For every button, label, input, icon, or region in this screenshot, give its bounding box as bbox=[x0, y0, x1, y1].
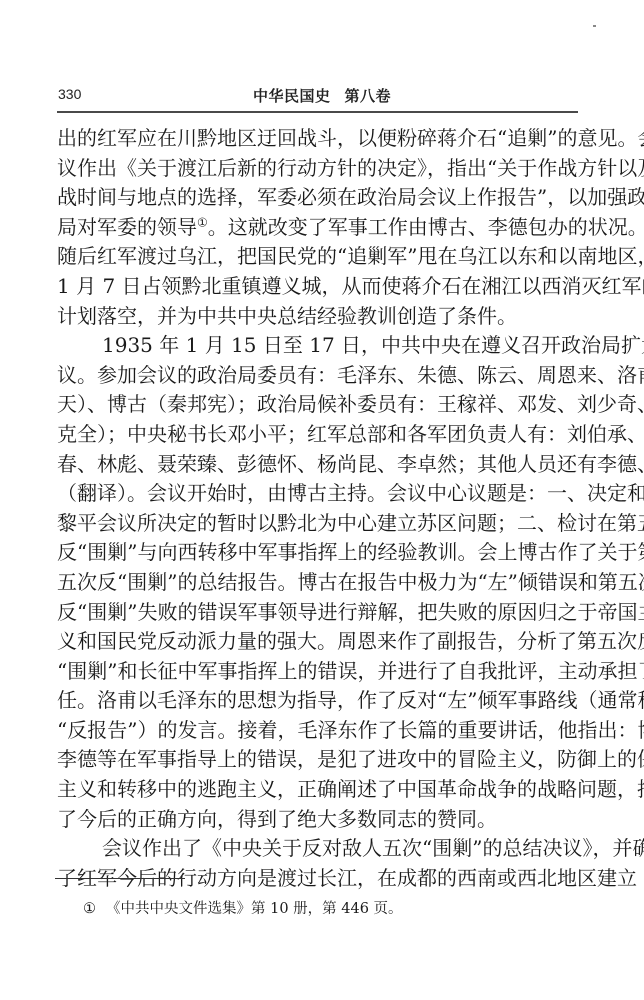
text-line: 李德等在军事指导上的错误，是犯了进攻中的冒险主义，防御上的保守 bbox=[57, 745, 579, 775]
text-line: 主义和转移中的逃跑主义，正确阐述了中国革命战争的战略问题，指明 bbox=[57, 775, 579, 805]
text-line: 反“围剿”失败的错误军事领导进行辩解，把失败的原因归之于帝国主 bbox=[57, 598, 579, 628]
text-line: 反“围剿”与向西转移中军事指挥上的经验教训。会上博古作了关于第 bbox=[57, 538, 579, 568]
scan-speck bbox=[593, 25, 596, 27]
text-line: 出的红军应在川黔地区迂回战斗，以便粉碎蒋介石“追剿”的意见。会 bbox=[57, 124, 579, 154]
text-line: （翻译）。会议开始时，由博古主持。会议中心议题是：一、决定和审查 bbox=[57, 479, 579, 509]
volume-label: 第八卷 bbox=[345, 87, 392, 105]
book-title: 中华民国史 bbox=[253, 87, 331, 105]
text-line: 义和国民党反动派力量的强大。周恩来作了副报告，分析了第五次反 bbox=[57, 627, 579, 657]
text-line: 天）、博古（秦邦宪）；政治局候补委员有：王稼祥、邓发、刘少奇、凯丰（何 bbox=[57, 390, 579, 420]
text-line: 议作出《关于渡江后新的行动方针的决定》，指出“关于作战方针以及作 bbox=[57, 154, 579, 184]
text-line: 议。参加会议的政治局委员有：毛泽东、朱德、陈云、周恩来、洛甫（张闻 bbox=[57, 361, 579, 391]
footnote-text: 《中共中央文件选集》第 10 册，第 446 页。 bbox=[106, 901, 403, 917]
footnote-separator bbox=[55, 878, 185, 879]
text-segment: 。这就改变了军事工作由博古、李德包办的状况。 bbox=[208, 215, 644, 239]
text-line: “反报告”）的发言。接着，毛泽东作了长篇的重要讲话，他指出：博古、 bbox=[57, 716, 579, 746]
text-line: 春、林彪、聂荣臻、彭德怀、杨尚昆、李卓然；其他人员还有李德、伍修权 bbox=[57, 450, 579, 480]
text-segment: 局对军委的领导 bbox=[57, 215, 197, 239]
text-line: 战时间与地点的选择，军委必须在政治局会议上作报告”，以加强政治 bbox=[57, 183, 579, 213]
footnote-reference[interactable]: ① bbox=[197, 215, 208, 229]
text-line: 黎平会议所决定的暂时以黔北为中心建立苏区问题；二、检讨在第五次 bbox=[57, 509, 579, 539]
text-line: 随后红军渡过乌江，把国民党的“追剿军”甩在乌江以东和以南地区，于 bbox=[57, 242, 579, 272]
footnote-mark: ① bbox=[83, 901, 96, 917]
text-line: 克全）；中央秘书长邓小平；红军总部和各军团负责人有：刘伯承、李富 bbox=[57, 420, 579, 450]
footnote: ①《中共中央文件选集》第 10 册，第 446 页。 bbox=[83, 897, 403, 918]
text-line: “围剿”和长征中军事指挥上的错误，并进行了自我批评，主动承担了责 bbox=[57, 657, 579, 687]
body-text: 出的红军应在川黔地区迂回战斗，以便粉碎蒋介石“追剿”的意见。会议作出《关于渡江后… bbox=[57, 124, 579, 893]
text-line: 会议作出了《中央关于反对敌人五次“围剿”的总结决议》，并确定 bbox=[57, 834, 579, 864]
text-line: 计划落空，并为中共中央总结经验教训创造了条件。 bbox=[57, 302, 579, 332]
text-line: 五次反“围剿”的总结报告。博古在报告中极力为“左”倾错误和第五次 bbox=[57, 568, 579, 598]
text-line: 局对军委的领导①。这就改变了军事工作由博古、李德包办的状况。 bbox=[57, 213, 579, 243]
header-rule bbox=[57, 111, 578, 113]
text-line: 任。洛甫以毛泽东的思想为指导，作了反对“左”倾军事路线（通常称 bbox=[57, 686, 579, 716]
text-line: 了今后的正确方向，得到了绝大多数同志的赞同。 bbox=[57, 805, 579, 835]
text-line: 1935 年 1 月 15 日至 17 日，中共中央在遵义召开政治局扩大会 bbox=[57, 331, 579, 361]
text-line: 1 月 7 日占领黔北重镇遵义城，从而使蒋介石在湘江以西消灭红军的 bbox=[57, 272, 579, 302]
running-header: 中华民国史第八卷 bbox=[0, 85, 644, 106]
